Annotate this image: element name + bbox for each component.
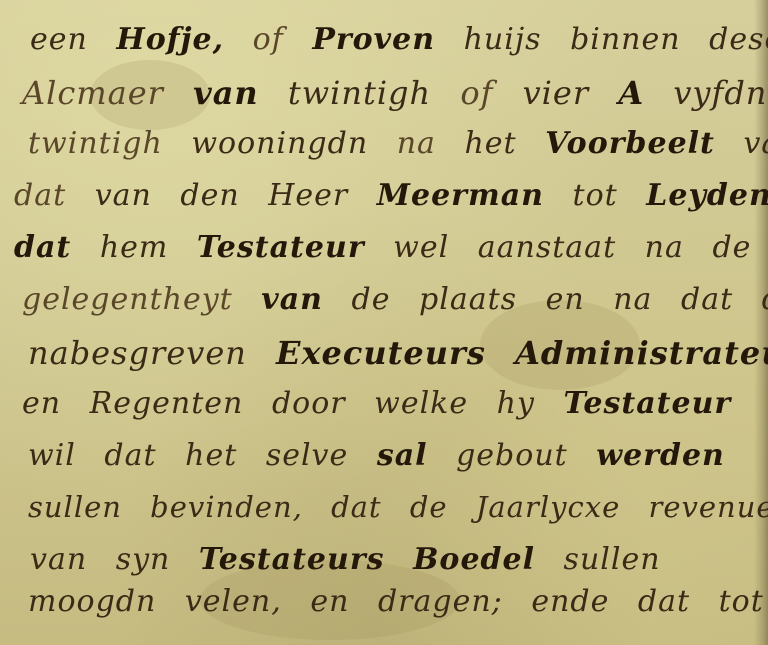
word: door — [272, 386, 346, 421]
word: wil — [28, 438, 76, 473]
word: sullen — [28, 490, 122, 524]
word: van — [95, 178, 152, 213]
word: Meerman — [377, 178, 544, 213]
word: dese — [709, 22, 768, 57]
word: na — [397, 126, 436, 161]
word: Testateurs — [199, 542, 385, 577]
word: werden — [596, 438, 725, 473]
word: tot — [719, 584, 764, 619]
word: vyfdn, — [673, 74, 768, 112]
word: Heer — [268, 178, 348, 213]
word: bevinden, — [150, 490, 303, 524]
word: moogdn — [28, 584, 156, 619]
word: de — [410, 490, 448, 524]
word: wooningdn — [191, 126, 368, 161]
word: vier — [523, 74, 590, 112]
word: of — [460, 74, 493, 112]
word: dat — [638, 584, 690, 619]
word: aanstaat — [478, 230, 616, 265]
manuscript-line-5: dat hem Testateur wel aanstaat na de — [14, 230, 768, 265]
word: Testateur — [197, 230, 365, 265]
manuscript-line-11: van syn Testateurs Boedel sullen — [30, 542, 679, 577]
word: of — [253, 22, 284, 57]
word: Testateur — [564, 386, 732, 421]
word: twintigh — [288, 74, 431, 112]
manuscript-line-4: dat van den Heer Meerman tot Leyden, — [14, 178, 768, 213]
word: de — [352, 282, 391, 317]
manuscript-line-8: en Regenten door welke hy Testateur — [22, 386, 749, 421]
word: velen, — [185, 584, 282, 619]
manuscript-line-10: sullen bevinden, dat de Jaarlycxe revenu… — [28, 490, 768, 524]
word: Leyden, — [646, 178, 768, 213]
word: Proven — [312, 22, 435, 57]
word: Voorbeelt — [545, 126, 715, 161]
word: tot — [573, 178, 618, 213]
word: nabesgreven — [28, 334, 247, 372]
word: hy — [497, 386, 535, 421]
word: revenuen — [648, 490, 768, 524]
word: plaats — [419, 282, 517, 317]
word: en — [22, 386, 61, 421]
word: Jaarlycxe — [476, 490, 620, 524]
word: de — [712, 230, 751, 265]
word: Executeurs — [276, 334, 486, 372]
manuscript-line-1: een Hofje, of Proven huijs binnen dese S… — [30, 22, 768, 57]
word: gebout — [456, 438, 568, 473]
word: Regenten — [90, 386, 244, 421]
word: huijs — [464, 22, 542, 57]
word: twintigh — [28, 126, 163, 161]
word: Hofje, — [116, 22, 224, 57]
word: na — [613, 282, 652, 317]
word: syn — [116, 542, 171, 577]
word: van — [743, 126, 768, 161]
word: dat — [331, 490, 382, 524]
word: het — [185, 438, 237, 473]
word: welke — [374, 386, 468, 421]
manuscript-line-6: gelegentheyt van de plaats en na dat de — [22, 282, 768, 317]
word: de — [762, 282, 768, 317]
word: A — [618, 74, 644, 112]
word: gelegentheyt — [22, 282, 233, 317]
word: Administrateurs — [515, 334, 768, 372]
word: van — [30, 542, 87, 577]
word: een — [30, 22, 88, 57]
word: sullen — [564, 542, 661, 577]
manuscript-line-7: nabesgreven Executeurs Administrateurs — [28, 334, 768, 372]
word: van — [261, 282, 323, 317]
word: selve — [266, 438, 348, 473]
manuscript-line-9: wil dat het selve sal gebout werden — [28, 438, 743, 473]
manuscript-line-3: twintigh wooningdn na het Voorbeelt van — [28, 126, 768, 161]
word: wel — [393, 230, 449, 265]
word: dat — [14, 178, 66, 213]
manuscript-line-12: moogdn velen, en dragen; ende dat tot — [28, 584, 768, 619]
word: dragen; — [378, 584, 503, 619]
word: dat — [14, 230, 71, 265]
word: binnen — [570, 22, 681, 57]
word: hem — [100, 230, 169, 265]
word: sal — [377, 438, 428, 473]
word: het — [464, 126, 516, 161]
word: Boedel — [413, 542, 535, 577]
word: den — [180, 178, 239, 213]
word: van — [193, 74, 259, 112]
word: dat — [104, 438, 156, 473]
word: en — [310, 584, 349, 619]
manuscript-line-2: Alcmaer van twintigh of vier A vyfdn, — [22, 74, 768, 112]
manuscript-page: een Hofje, of Proven huijs binnen dese S… — [0, 0, 768, 645]
word: na — [645, 230, 684, 265]
word: en — [546, 282, 585, 317]
word: ende — [531, 584, 609, 619]
word: Alcmaer — [22, 74, 164, 112]
word: dat — [681, 282, 733, 317]
